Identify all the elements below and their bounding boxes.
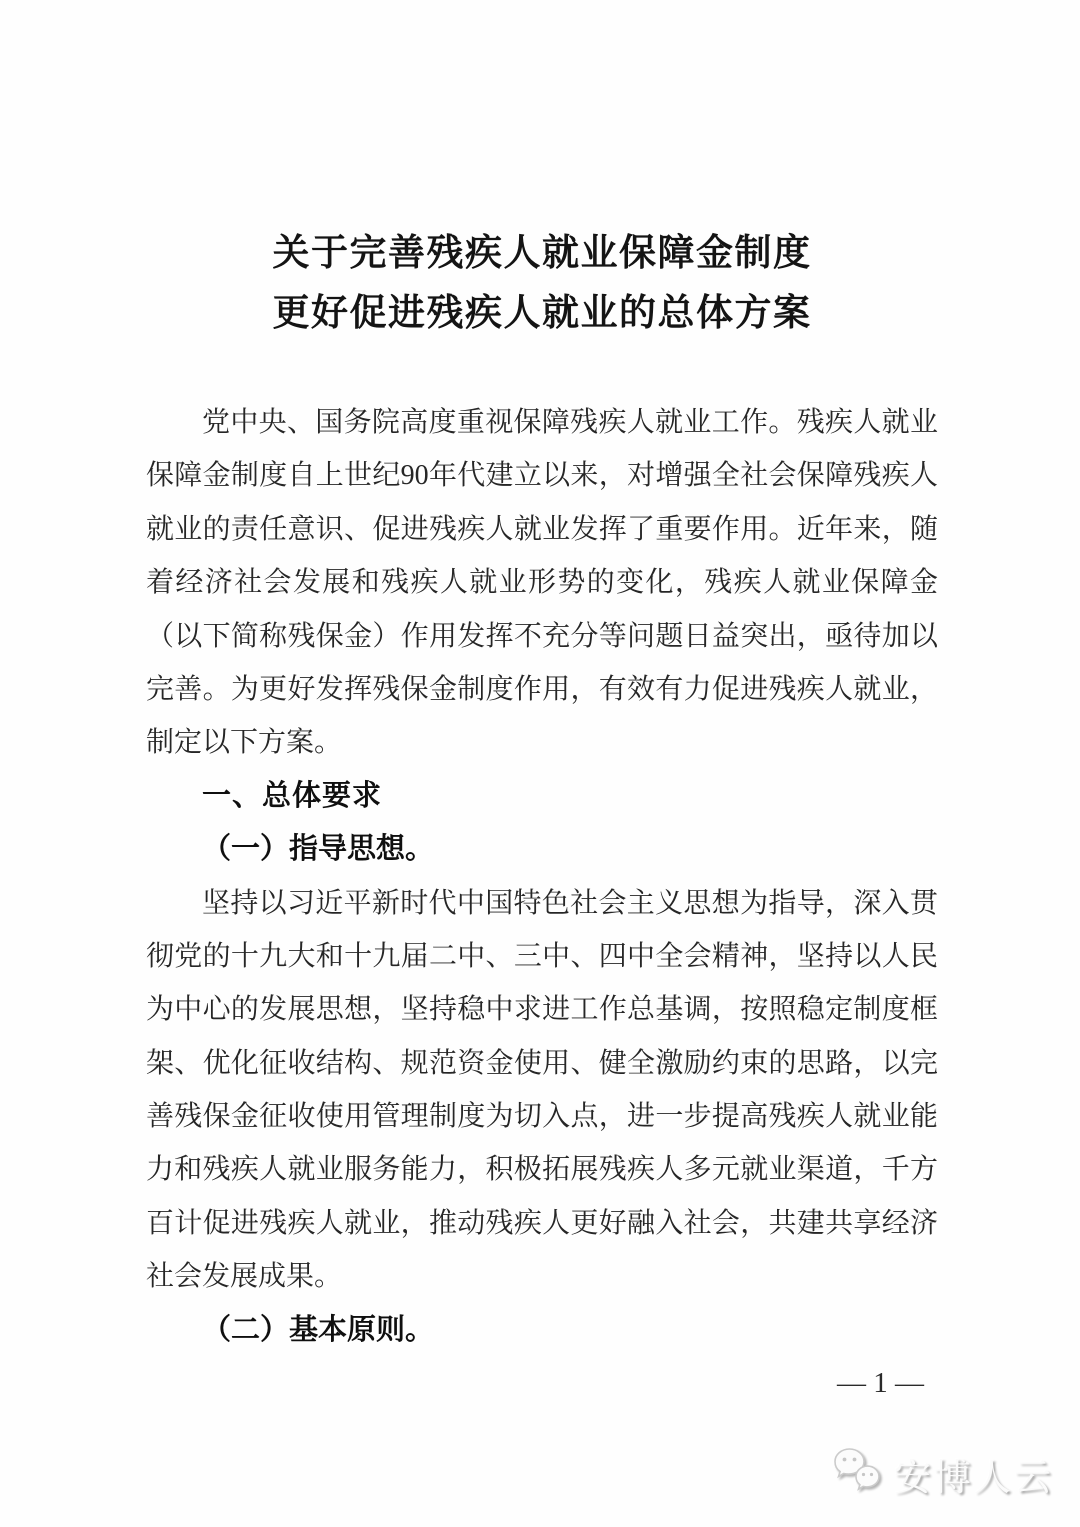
- text-line: 着经济社会发展和残疾人就业形势的变化，残疾人就业保障金: [146, 556, 938, 609]
- document-title: 关于完善残疾人就业保障金制度 更好促进残疾人就业的总体方案: [146, 224, 938, 344]
- document-title-line-2: 更好促进残疾人就业的总体方案: [146, 284, 938, 344]
- text-line: 保障金制度自上世纪90年代建立以来，对增强全社会保障残疾人: [146, 449, 938, 502]
- document-body: 党中央、国务院高度重视保障残疾人就业工作。残疾人就业保障金制度自上世纪90年代建…: [146, 396, 938, 1410]
- text-line: 百计促进残疾人就业，推动残疾人更好融入社会，共建共享经济: [146, 1197, 938, 1250]
- text-line: 架、优化征收结构、规范资金使用、健全激励约束的思路，以完: [146, 1037, 938, 1090]
- page-number: — 1 —: [146, 1357, 938, 1410]
- wechat-icon: [830, 1444, 884, 1503]
- watermark: 安博人云: [830, 1444, 1054, 1503]
- document-page: 关于完善残疾人就业保障金制度 更好促进残疾人就业的总体方案 党中央、国务院高度重…: [0, 0, 1080, 1527]
- document-content: 关于完善残疾人就业保障金制度 更好促进残疾人就业的总体方案 党中央、国务院高度重…: [146, 224, 938, 1410]
- text-line: 彻党的十九大和十九届二中、三中、四中全会精神，坚持以人民: [146, 930, 938, 983]
- text-line: 制定以下方案。: [146, 716, 938, 769]
- document-blocks: 党中央、国务院高度重视保障残疾人就业工作。残疾人就业保障金制度自上世纪90年代建…: [146, 396, 938, 1357]
- sub-heading: （二）基本原则。: [146, 1304, 938, 1357]
- document-title-line-1: 关于完善残疾人就业保障金制度: [146, 224, 938, 284]
- watermark-label: 安博人云: [894, 1447, 1054, 1501]
- text-line: 党中央、国务院高度重视保障残疾人就业工作。残疾人就业: [146, 396, 938, 449]
- text-line: 就业的责任意识、促进残疾人就业发挥了重要作用。近年来，随: [146, 503, 938, 556]
- text-line: 坚持以习近平新时代中国特色社会主义思想为指导，深入贯: [146, 877, 938, 930]
- text-line: 为中心的发展思想，坚持稳中求进工作总基调，按照稳定制度框: [146, 983, 938, 1036]
- section-heading: 一、总体要求: [146, 770, 938, 823]
- text-line: 善残保金征收使用管理制度为切入点，进一步提高残疾人就业能: [146, 1090, 938, 1143]
- text-line: 社会发展成果。: [146, 1250, 938, 1303]
- sub-heading: （一）指导思想。: [146, 823, 938, 876]
- text-line: 完善。为更好发挥残保金制度作用，有效有力促进残疾人就业，: [146, 663, 938, 716]
- text-line: （以下简称残保金）作用发挥不充分等问题日益突出，亟待加以: [146, 610, 938, 663]
- text-line: 力和残疾人就业服务能力，积极拓展残疾人多元就业渠道，千方: [146, 1143, 938, 1196]
